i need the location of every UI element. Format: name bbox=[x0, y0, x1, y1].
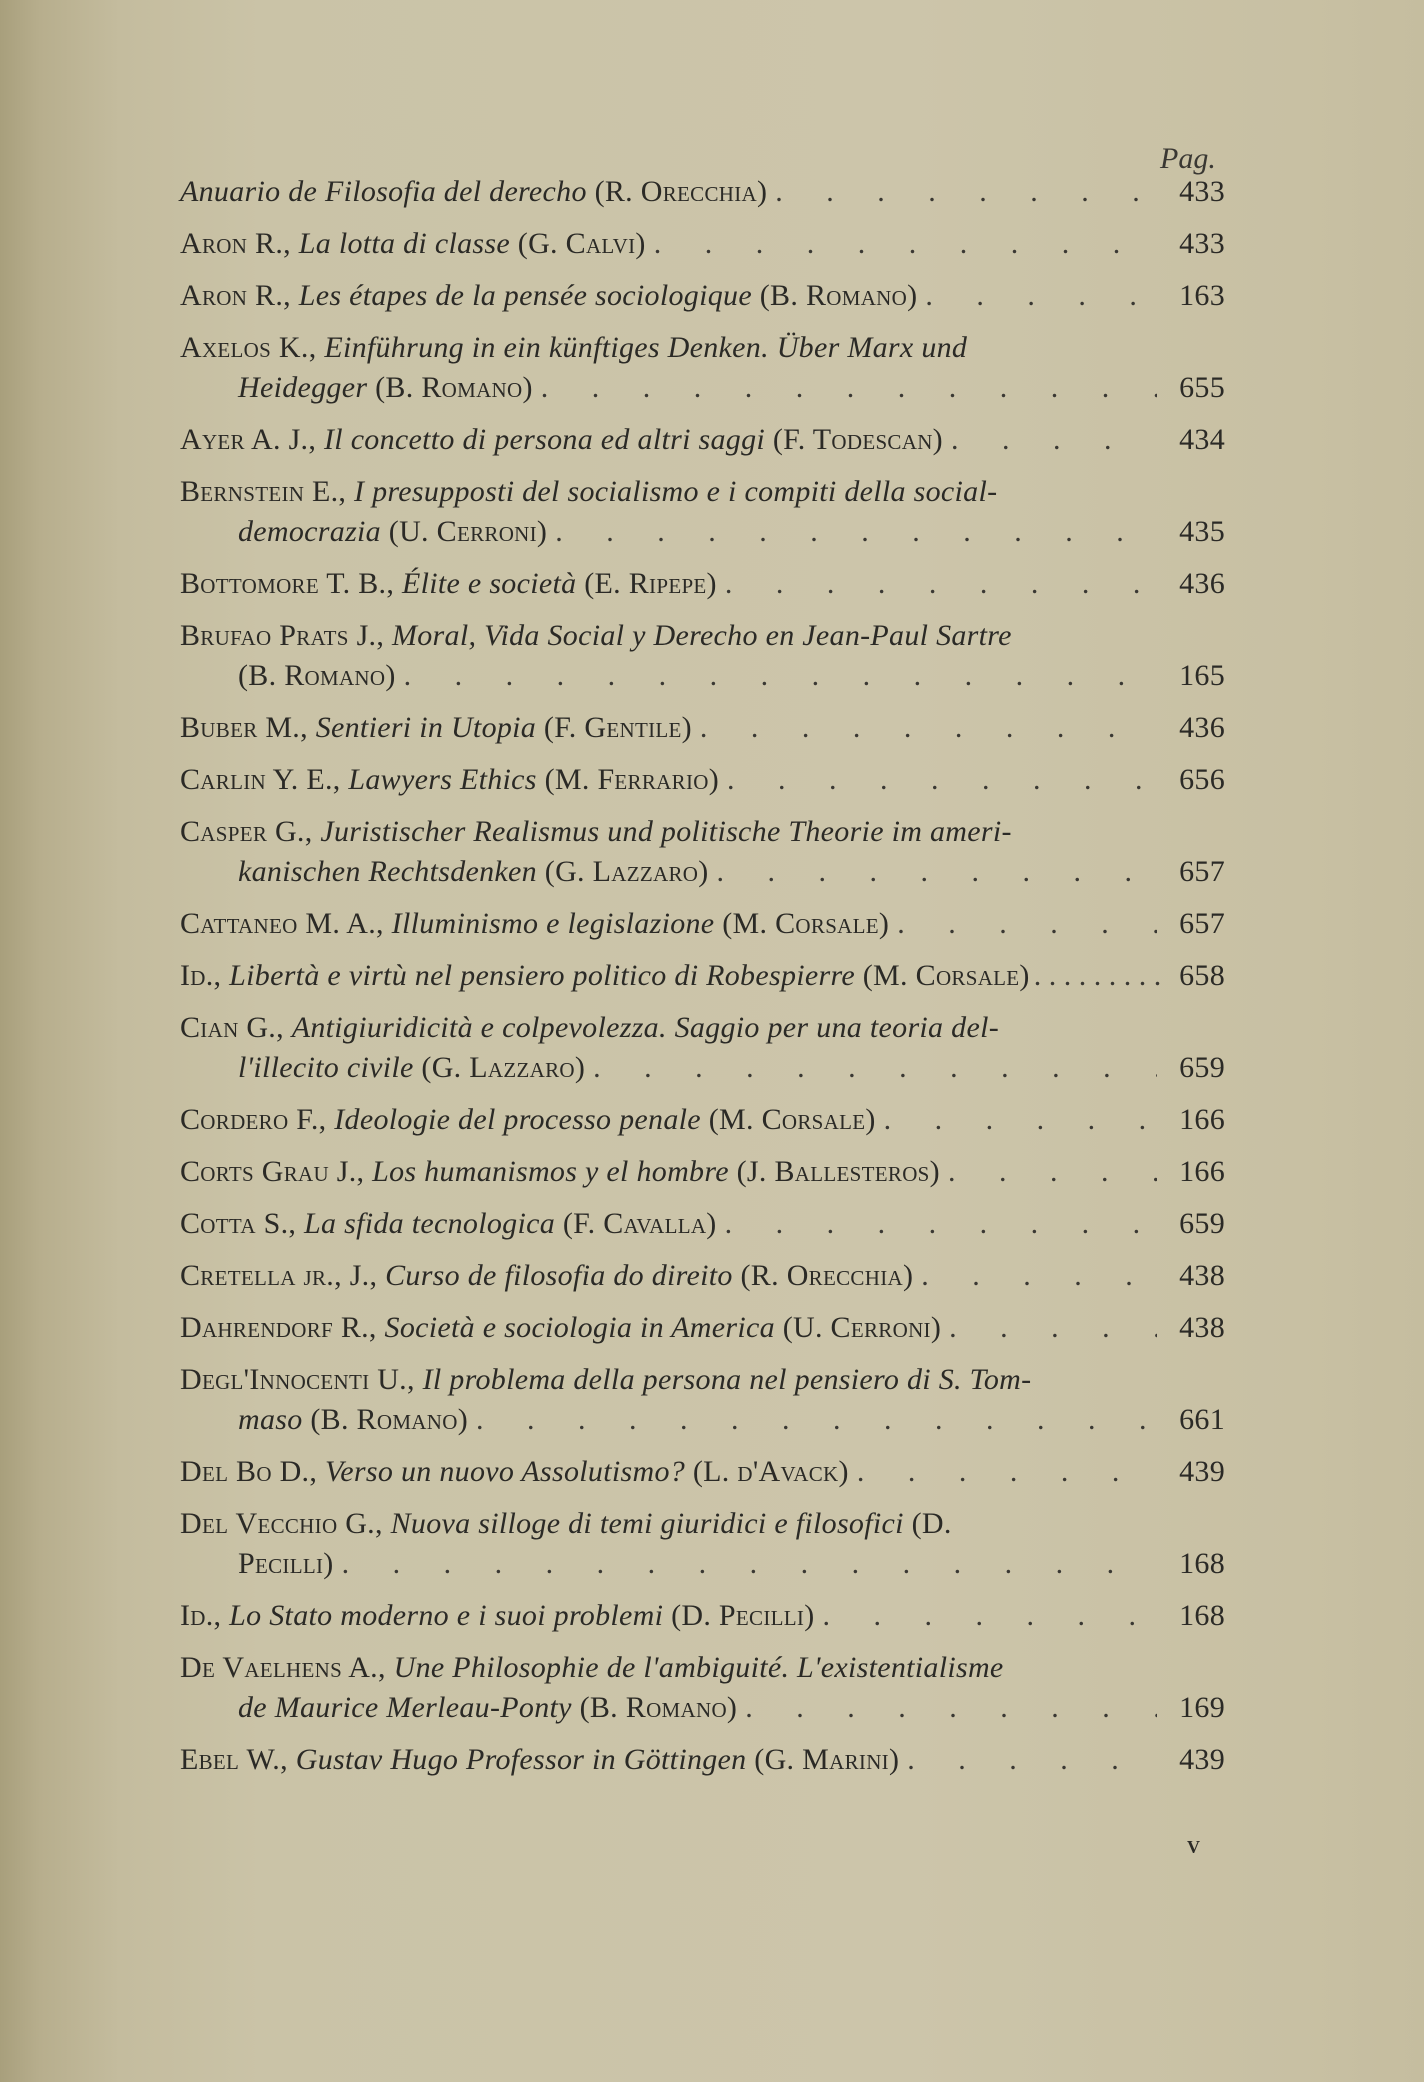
entry-title: Società e sociologia in America bbox=[385, 1308, 775, 1348]
entry-reviewer: (J. Ballesteros) bbox=[737, 1152, 940, 1192]
entry-reviewer: (E. Ripepe) bbox=[584, 564, 717, 604]
entry-title: La sfida tecnologica bbox=[304, 1204, 555, 1244]
entry-page: 433 bbox=[1165, 172, 1225, 212]
entry-page: 168 bbox=[1165, 1544, 1225, 1584]
entry-page: 433 bbox=[1165, 224, 1225, 264]
entry-reviewer: (G. Marini) bbox=[754, 1740, 899, 1780]
entry-page: 658 bbox=[1165, 956, 1225, 996]
entry-reviewer: (M. Corsale) bbox=[722, 904, 889, 944]
entry-page: 439 bbox=[1165, 1452, 1225, 1492]
dot-leader bbox=[948, 1152, 1157, 1192]
dot-leader bbox=[745, 1688, 1157, 1728]
entry-author: Aron R., bbox=[180, 276, 291, 316]
entry-page: 435 bbox=[1165, 512, 1225, 552]
entry-reviewer: (D. Pecilli) bbox=[671, 1596, 814, 1636]
entry-reviewer: (U. Cerroni) bbox=[783, 1308, 941, 1348]
entry-reviewer: (F. Gentile) bbox=[544, 708, 692, 748]
page-column-header: Pag. bbox=[1160, 142, 1216, 176]
dot-leader bbox=[925, 276, 1157, 316]
entry-author: Dahrendorf R., bbox=[180, 1308, 377, 1348]
index-entry: Aron R., Les étapes de la pensée sociolo… bbox=[180, 276, 1225, 316]
entry-title: I presupposti del socialismo e i compiti… bbox=[354, 472, 997, 512]
review-index-list: Anuario de Filosofia del derecho (R. Ore… bbox=[180, 172, 1225, 1792]
index-entry: Id., Lo Stato moderno e i suoi problemi … bbox=[180, 1596, 1225, 1636]
dot-leader bbox=[654, 224, 1157, 264]
entry-title: Curso de filosofia do direito bbox=[385, 1256, 733, 1296]
index-entry: Anuario de Filosofia del derecho (R. Ore… bbox=[180, 172, 1225, 212]
entry-reviewer: (B. Romano) bbox=[760, 276, 918, 316]
index-entry: Cotta S., La sfida tecnologica (F. Caval… bbox=[180, 1204, 1225, 1244]
index-entry: Axelos K., Einführung in ein künftiges D… bbox=[180, 328, 1225, 408]
dot-leader bbox=[921, 1256, 1157, 1296]
entry-page: 166 bbox=[1165, 1100, 1225, 1140]
entry-title: La lotta di classe bbox=[299, 224, 510, 264]
index-entry: Cattaneo M. A., Illuminismo e legislazio… bbox=[180, 904, 1225, 944]
entry-reviewer: (B. Romano) bbox=[580, 1688, 738, 1728]
entry-title: Moral, Vida Social y Derecho en Jean-Pau… bbox=[392, 616, 1012, 656]
dot-leader bbox=[700, 708, 1157, 748]
entry-author: Ebel W., bbox=[180, 1740, 288, 1780]
dot-leader bbox=[857, 1452, 1157, 1492]
entry-page: 659 bbox=[1165, 1204, 1225, 1244]
index-entry: Casper G., Juristischer Realismus und po… bbox=[180, 812, 1225, 892]
page-folio: v bbox=[1187, 1830, 1200, 1860]
index-entry: De Vaelhens A., Une Philosophie de l'amb… bbox=[180, 1648, 1225, 1728]
entry-reviewer: (U. Cerroni) bbox=[389, 512, 547, 552]
dot-leader bbox=[951, 420, 1157, 460]
entry-reviewer: (M. Ferrario) bbox=[545, 760, 719, 800]
dot-leader bbox=[727, 760, 1157, 800]
entry-author: Del Bo D., bbox=[180, 1452, 317, 1492]
entry-reviewer: (L. d'Avack) bbox=[693, 1452, 849, 1492]
entry-reviewer: (F. Cavalla) bbox=[563, 1204, 717, 1244]
dot-leader bbox=[541, 368, 1157, 408]
entry-title: Nuova silloge di temi giuridici e filoso… bbox=[391, 1504, 904, 1544]
dot-leader bbox=[555, 512, 1157, 552]
entry-author: Cian G., bbox=[180, 1008, 284, 1048]
entry-title-continued: maso bbox=[238, 1400, 303, 1440]
entry-page: 657 bbox=[1165, 852, 1225, 892]
entry-page: 656 bbox=[1165, 760, 1225, 800]
dot-leader bbox=[1034, 956, 1161, 996]
entry-author: Cotta S., bbox=[180, 1204, 296, 1244]
entry-author: Buber M., bbox=[180, 708, 308, 748]
entry-title: Une Philosophie de l'ambiguité. L'existe… bbox=[394, 1648, 1004, 1688]
dot-leader bbox=[593, 1048, 1157, 1088]
entry-author: Brufao Prats J., bbox=[180, 616, 384, 656]
entry-page: 168 bbox=[1165, 1596, 1225, 1636]
entry-page: 169 bbox=[1165, 1688, 1225, 1728]
dot-leader bbox=[342, 1544, 1157, 1584]
entry-title: Antigiuridicità e colpevolezza. Saggio p… bbox=[292, 1008, 999, 1048]
index-entry: Dahrendorf R., Società e sociologia in A… bbox=[180, 1308, 1225, 1348]
entry-reviewer: (M. Corsale) bbox=[709, 1100, 876, 1140]
entry-page: 163 bbox=[1165, 276, 1225, 316]
entry-author: Bernstein E., bbox=[180, 472, 346, 512]
entry-title: Anuario de Filosofia del derecho bbox=[180, 172, 587, 212]
book-index-page: Pag. Anuario de Filosofia del derecho (R… bbox=[0, 0, 1424, 2082]
entry-title: Lawyers Ethics bbox=[348, 760, 536, 800]
entry-title: Ideologie del processo penale bbox=[334, 1100, 701, 1140]
entry-page: 165 bbox=[1165, 656, 1225, 696]
entry-title: Einführung in ein künftiges Denken. Über… bbox=[324, 328, 967, 368]
index-entry: Aron R., La lotta di classe (G. Calvi)43… bbox=[180, 224, 1225, 264]
entry-author: De Vaelhens A., bbox=[180, 1648, 386, 1688]
entry-author: Cattaneo M. A., bbox=[180, 904, 384, 944]
entry-author: Aron R., bbox=[180, 224, 291, 264]
entry-title-continued: kanischen Rechtsdenken bbox=[238, 852, 537, 892]
index-entry: Ebel W., Gustav Hugo Professor in Göttin… bbox=[180, 1740, 1225, 1780]
entry-page: 434 bbox=[1165, 420, 1225, 460]
index-entry: Degl'Innocenti U., Il problema della per… bbox=[180, 1360, 1225, 1440]
dot-leader bbox=[949, 1308, 1157, 1348]
entry-reviewer: Pecilli) bbox=[238, 1544, 334, 1584]
entry-page: 439 bbox=[1165, 1740, 1225, 1780]
dot-leader bbox=[897, 904, 1157, 944]
dot-leader bbox=[404, 656, 1157, 696]
dot-leader bbox=[725, 1204, 1157, 1244]
entry-page: 436 bbox=[1165, 564, 1225, 604]
dot-leader bbox=[884, 1100, 1157, 1140]
entry-reviewer: (B. Romano) bbox=[375, 368, 533, 408]
entry-page: 659 bbox=[1165, 1048, 1225, 1088]
index-entry: Buber M., Sentieri in Utopia (F. Gentile… bbox=[180, 708, 1225, 748]
entry-title: Verso un nuovo Assolutismo? bbox=[325, 1452, 685, 1492]
entry-page: 436 bbox=[1165, 708, 1225, 748]
entry-author: Id., bbox=[180, 1596, 221, 1636]
entry-title: Élite e società bbox=[402, 564, 576, 604]
dot-leader bbox=[725, 564, 1157, 604]
entry-title: Il concetto di persona ed altri saggi bbox=[324, 420, 765, 460]
entry-title: Los humanismos y el hombre bbox=[372, 1152, 729, 1192]
entry-title-continued: l'illecito civile bbox=[238, 1048, 414, 1088]
entry-author: Corts Grau J., bbox=[180, 1152, 364, 1192]
entry-reviewer: (G. Lazzaro) bbox=[545, 852, 709, 892]
index-entry: Carlin Y. E., Lawyers Ethics (M. Ferrari… bbox=[180, 760, 1225, 800]
entry-reviewer-initial: (D. bbox=[912, 1504, 952, 1544]
entry-title: Gustav Hugo Professor in Göttingen bbox=[296, 1740, 747, 1780]
dot-leader bbox=[907, 1740, 1157, 1780]
dot-leader bbox=[717, 852, 1157, 892]
entry-page: 661 bbox=[1165, 1400, 1225, 1440]
entry-author: Casper G., bbox=[180, 812, 313, 852]
index-entry: Ayer A. J., Il concetto di persona ed al… bbox=[180, 420, 1225, 460]
entry-reviewer: (B. Romano) bbox=[238, 656, 396, 696]
entry-author: Bottomore T. B., bbox=[180, 564, 394, 604]
entry-author: Id., bbox=[180, 956, 221, 996]
entry-title-continued: democrazia bbox=[238, 512, 381, 552]
entry-reviewer: (F. Todescan) bbox=[773, 420, 943, 460]
entry-page: 438 bbox=[1165, 1308, 1225, 1348]
entry-title: Les étapes de la pensée sociologique bbox=[299, 276, 752, 316]
entry-author: Ayer A. J., bbox=[180, 420, 316, 460]
dot-leader bbox=[476, 1400, 1157, 1440]
index-entry: Del Vecchio G., Nuova silloge di temi gi… bbox=[180, 1504, 1225, 1584]
index-entry: Bottomore T. B., Élite e società (E. Rip… bbox=[180, 564, 1225, 604]
entry-author: Cretella jr., J., bbox=[180, 1256, 377, 1296]
entry-page: 657 bbox=[1165, 904, 1225, 944]
index-entry: Id., Libertà e virtù nel pensiero politi… bbox=[180, 956, 1225, 996]
entry-title: Lo Stato moderno e i suoi problemi bbox=[229, 1596, 663, 1636]
entry-title-continued: Heidegger bbox=[238, 368, 367, 408]
entry-page: 166 bbox=[1165, 1152, 1225, 1192]
entry-author: Del Vecchio G., bbox=[180, 1504, 383, 1544]
entry-reviewer: (G. Calvi) bbox=[518, 224, 646, 264]
entry-reviewer: (R. Orecchia) bbox=[595, 172, 768, 212]
dot-leader bbox=[775, 172, 1157, 212]
entry-title: Juristischer Realismus und politische Th… bbox=[320, 812, 1011, 852]
entry-title: Il problema della persona nel pensiero d… bbox=[423, 1360, 1032, 1400]
entry-reviewer: (B. Romano) bbox=[310, 1400, 468, 1440]
entry-page: 655 bbox=[1165, 368, 1225, 408]
index-entry: Cian G., Antigiuridicità e colpevolezza.… bbox=[180, 1008, 1225, 1088]
dot-leader bbox=[822, 1596, 1157, 1636]
entry-page: 438 bbox=[1165, 1256, 1225, 1296]
index-entry: Bernstein E., I presupposti del socialis… bbox=[180, 472, 1225, 552]
entry-title: Sentieri in Utopia bbox=[316, 708, 536, 748]
index-entry: Cretella jr., J., Curso de filosofia do … bbox=[180, 1256, 1225, 1296]
entry-title: Libertà e virtù nel pensiero politico di… bbox=[229, 956, 855, 996]
entry-author: Axelos K., bbox=[180, 328, 317, 368]
index-entry: Cordero F., Ideologie del processo penal… bbox=[180, 1100, 1225, 1140]
entry-author: Cordero F., bbox=[180, 1100, 326, 1140]
index-entry: Brufao Prats J., Moral, Vida Social y De… bbox=[180, 616, 1225, 696]
index-entry: Del Bo D., Verso un nuovo Assolutismo? (… bbox=[180, 1452, 1225, 1492]
index-entry: Corts Grau J., Los humanismos y el hombr… bbox=[180, 1152, 1225, 1192]
entry-reviewer: (M. Corsale) bbox=[863, 956, 1030, 996]
entry-author: Degl'Innocenti U., bbox=[180, 1360, 415, 1400]
entry-title-continued: de Maurice Merleau-Ponty bbox=[238, 1688, 572, 1728]
entry-title: Illuminismo e legislazione bbox=[392, 904, 715, 944]
entry-reviewer: (R. Orecchia) bbox=[741, 1256, 914, 1296]
entry-author: Carlin Y. E., bbox=[180, 760, 341, 800]
entry-reviewer: (G. Lazzaro) bbox=[421, 1048, 585, 1088]
